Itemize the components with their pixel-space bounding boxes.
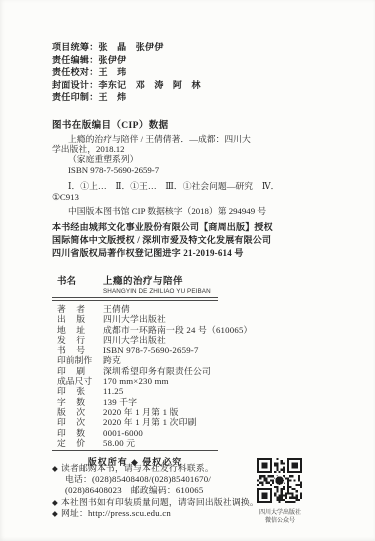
table-row: 发行四川大学出版社 [52,335,218,345]
note-text: 本社图书如有印装质量问题，请寄回出版社调换。 [61,497,259,507]
table-row: 成品尺寸170 mm×230 mm [52,376,218,386]
copyright-page: 项目统筹：张 晶 张伊伊 责任编辑：张伊伊 责任校对：王 玮 封面设计：李东记 … [0,0,375,541]
book-title-row: 书名 上瘾的治疗与陪伴 [52,277,218,288]
cip-class-line2: ①C913 [52,192,338,203]
row-label: 印前制作 [57,355,85,365]
table-row: 著者王倩倩 [52,304,218,314]
qr-caption-line2: 微信公众号 [255,518,305,526]
authorization-line: 四川省版权局著作权登记图进字 21-2019-614 号 [52,247,352,260]
double-rule [52,297,218,301]
cip-title-line: 上瘾的治疗与陪伴 / 王倩倩著．—成都：四川大 [52,134,338,144]
staff-label: 责任印制： [52,92,99,102]
row-label: 版次 [57,407,85,417]
row-label: 印张 [57,386,85,396]
staff-credits-block: 项目统筹：张 晶 张伊伊 责任编辑：张伊伊 责任校对：王 玮 封面设计：李东记 … [52,41,201,104]
book-info-rows: 著者王倩倩 出版四川大学出版社 地址成都市一环路南一段 24 号（610065）… [52,304,218,448]
note-line: ◆网址：http://press.scu.edu.cn [52,508,274,519]
note-text: 网址：http://press.scu.edu.cn [61,508,171,518]
note-line: ◆本社图书如有印装质量问题，请寄回出版社调换。 [52,497,274,508]
note-line: 电话：(028)85408408/(028)85401670/ [52,474,274,485]
authorization-line: 国际简体中文版授权 / 深圳市爱及特文化发展有限公司 [52,234,352,247]
row-value: 0001-6000 [103,428,143,438]
staff-value: 李东记 邓 涛 阿 林 [99,80,201,90]
staff-label: 封面设计： [52,80,99,90]
cip-record-line: 中国版本图书馆 CIP 数据核字（2018）第 294949 号 [52,204,338,217]
book-info-table: 书名 上瘾的治疗与陪伴 SHANGYIN DE ZHILIAO YU PEIBA… [52,277,218,468]
row-label: 出版 [57,314,85,324]
table-row: 出版四川大学出版社 [52,314,218,324]
staff-value: 王 玮 [99,67,127,77]
row-value: 深圳希望印务有限责任公司 [103,366,211,376]
staff-line: 责任印制：王 炜 [52,91,201,104]
book-title-label: 书名 [57,277,85,288]
row-label: 印次 [57,417,85,427]
row-value: 2020 年 1 月第 1 版 [103,407,179,417]
book-title-pinyin: SHANGYIN DE ZHILIAO YU PEIBAN [103,288,218,295]
row-label: 定价 [57,438,85,448]
bottom-rule [52,450,218,451]
diamond-bullet-icon: ◆ [52,498,58,507]
cip-class-line1: Ⅰ．①上… Ⅱ．①王… Ⅲ．①社会问题—研究 Ⅳ． [52,181,338,192]
staff-label: 项目统筹： [52,42,99,52]
qr-caption: 四川大学出版社 微信公众号 [255,510,305,525]
qr-block: 四川大学出版社 微信公众号 [255,458,305,525]
note-text: 读者邮购本书，请与本社发行科联系。 [61,463,214,473]
cip-heading: 图书在版编目（CIP）数据 [52,117,169,131]
row-value: ISBN 978-7-5690-2659-7 [103,345,199,355]
table-row: 地址成都市一环路南一段 24 号（610065） [52,325,218,335]
row-label: 地址 [57,325,85,335]
row-value: 11.25 [103,386,123,396]
row-value: 2020 年 1 月第 1 次印刷 [103,417,197,427]
table-row: 书号ISBN 978-7-5690-2659-7 [52,345,218,355]
staff-line: 责任编辑：张伊伊 [52,54,201,67]
table-row: 印前制作跨克 [52,355,218,365]
diamond-bullet-icon: ◆ [52,464,58,473]
staff-line: 项目统筹：张 晶 张伊伊 [52,41,201,54]
row-label: 成品尺寸 [57,376,85,386]
table-row: 定价58.00 元 [52,438,218,448]
diamond-bullet-icon: ◆ [52,509,58,518]
staff-value: 张伊伊 [99,55,127,65]
cip-isbn-line: ISBN 978-7-5690-2659-7 [52,165,338,175]
cip-title-line-cont: 学出版社，2018.12 [52,144,338,154]
reader-notes-block: ◆读者邮购本书，请与本社发行科联系。 电话：(028)85408408/(028… [52,463,274,519]
authorization-line: 本书经由城邦文化事业股份有限公司【商周出版】授权 [52,221,352,234]
table-row: 字数139 千字 [52,397,218,407]
table-row: 版次2020 年 1 月第 1 版 [52,407,218,417]
book-title: 上瘾的治疗与陪伴 [103,277,183,288]
row-value: 58.00 元 [103,438,135,448]
row-value: 成都市一环路南一段 24 号（610065） [103,325,253,335]
row-label: 字数 [57,397,85,407]
staff-line: 责任校对：王 玮 [52,66,201,79]
staff-value: 王 炜 [99,92,127,102]
row-label: 著者 [57,304,85,314]
staff-label: 责任校对： [52,67,99,77]
staff-value: 张 晶 张伊伊 [99,42,164,52]
row-value: 139 千字 [103,397,137,407]
row-value: 四川大学出版社 [103,314,166,324]
note-line: ◆读者邮购本书，请与本社发行科联系。 [52,463,274,474]
table-row: 印数0001-6000 [52,428,218,438]
table-row: 印次2020 年 1 月第 1 次印刷 [52,417,218,427]
row-value: 170 mm×230 mm [103,376,169,386]
row-value: 四川大学出版社 [103,335,166,345]
qr-code [255,458,305,508]
cip-classification: Ⅰ．①上… Ⅱ．①王… Ⅲ．①社会问题—研究 Ⅳ． ①C913 [52,181,338,202]
row-value: 王倩倩 [103,304,130,314]
table-row: 印张11.25 [52,386,218,396]
cip-body: 上瘾的治疗与陪伴 / 王倩倩著．—成都：四川大 学出版社，2018.12 （家庭… [52,134,338,175]
table-row: 印刷深圳希望印务有限责任公司 [52,366,218,376]
cip-series-line: （家庭重塑系列） [52,154,338,164]
row-label: 书号 [57,345,85,355]
row-label: 印刷 [57,366,85,376]
staff-line: 封面设计：李东记 邓 涛 阿 林 [52,79,201,92]
authorization-block: 本书经由城邦文化事业股份有限公司【商周出版】授权 国际简体中文版授权 / 深圳市… [52,221,352,260]
row-label: 印数 [57,428,85,438]
row-value: 跨克 [103,355,121,365]
row-label: 发行 [57,335,85,345]
qr-caption-line1: 四川大学出版社 [255,510,305,518]
staff-label: 责任编辑： [52,55,99,65]
note-line: (028)86408023 邮政编码：610065 [52,485,274,496]
